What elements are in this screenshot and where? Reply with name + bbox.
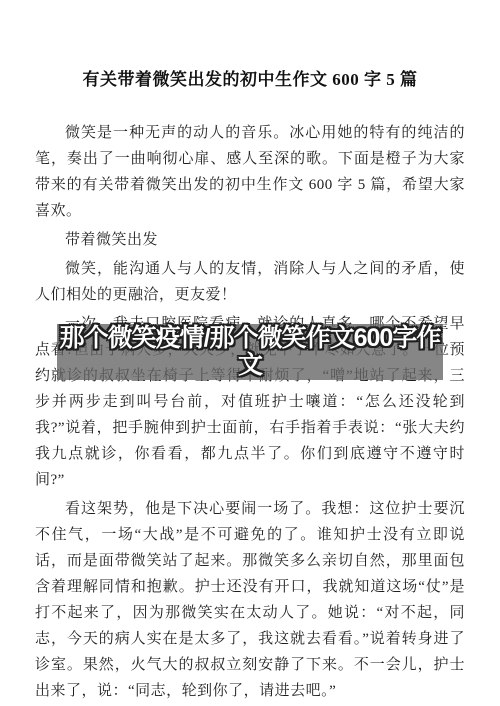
watermark-text-line1: 那个微笑疫情/那个微笑作文600字作 [60, 325, 441, 352]
document-page: 有关带着微笑出发的初中生作文 600 字 5 篇 微笑是一种无声的动人的音乐。冰… [0, 0, 500, 706]
paragraph-subheading: 带着微笑出发 [35, 227, 465, 253]
watermark-text-line2: 文 [238, 352, 262, 379]
paragraph-body-3: 看这架势，他是下决心要闹一场了。我想：这位护士要沉不住气，一场“大战”是不可避免… [35, 496, 465, 704]
paragraph-body-1: 微笑，能沟通人与人的友情，消除人与人之间的矛盾，使人们相处的更融洽，更友爱！ [35, 256, 465, 308]
paragraph-intro: 微笑是一种无声的动人的音乐。冰心用她的特有的纯洁的笔，奏出了一曲响彻心扉、感人至… [35, 120, 465, 224]
page-title: 有关带着微笑出发的初中生作文 600 字 5 篇 [35, 68, 465, 92]
watermark-overlay: 那个微笑疫情/那个微笑作文600字作 文 [57, 324, 443, 380]
article-body: 微笑是一种无声的动人的音乐。冰心用她的特有的纯洁的笔，奏出了一曲响彻心扉、感人至… [35, 120, 465, 704]
